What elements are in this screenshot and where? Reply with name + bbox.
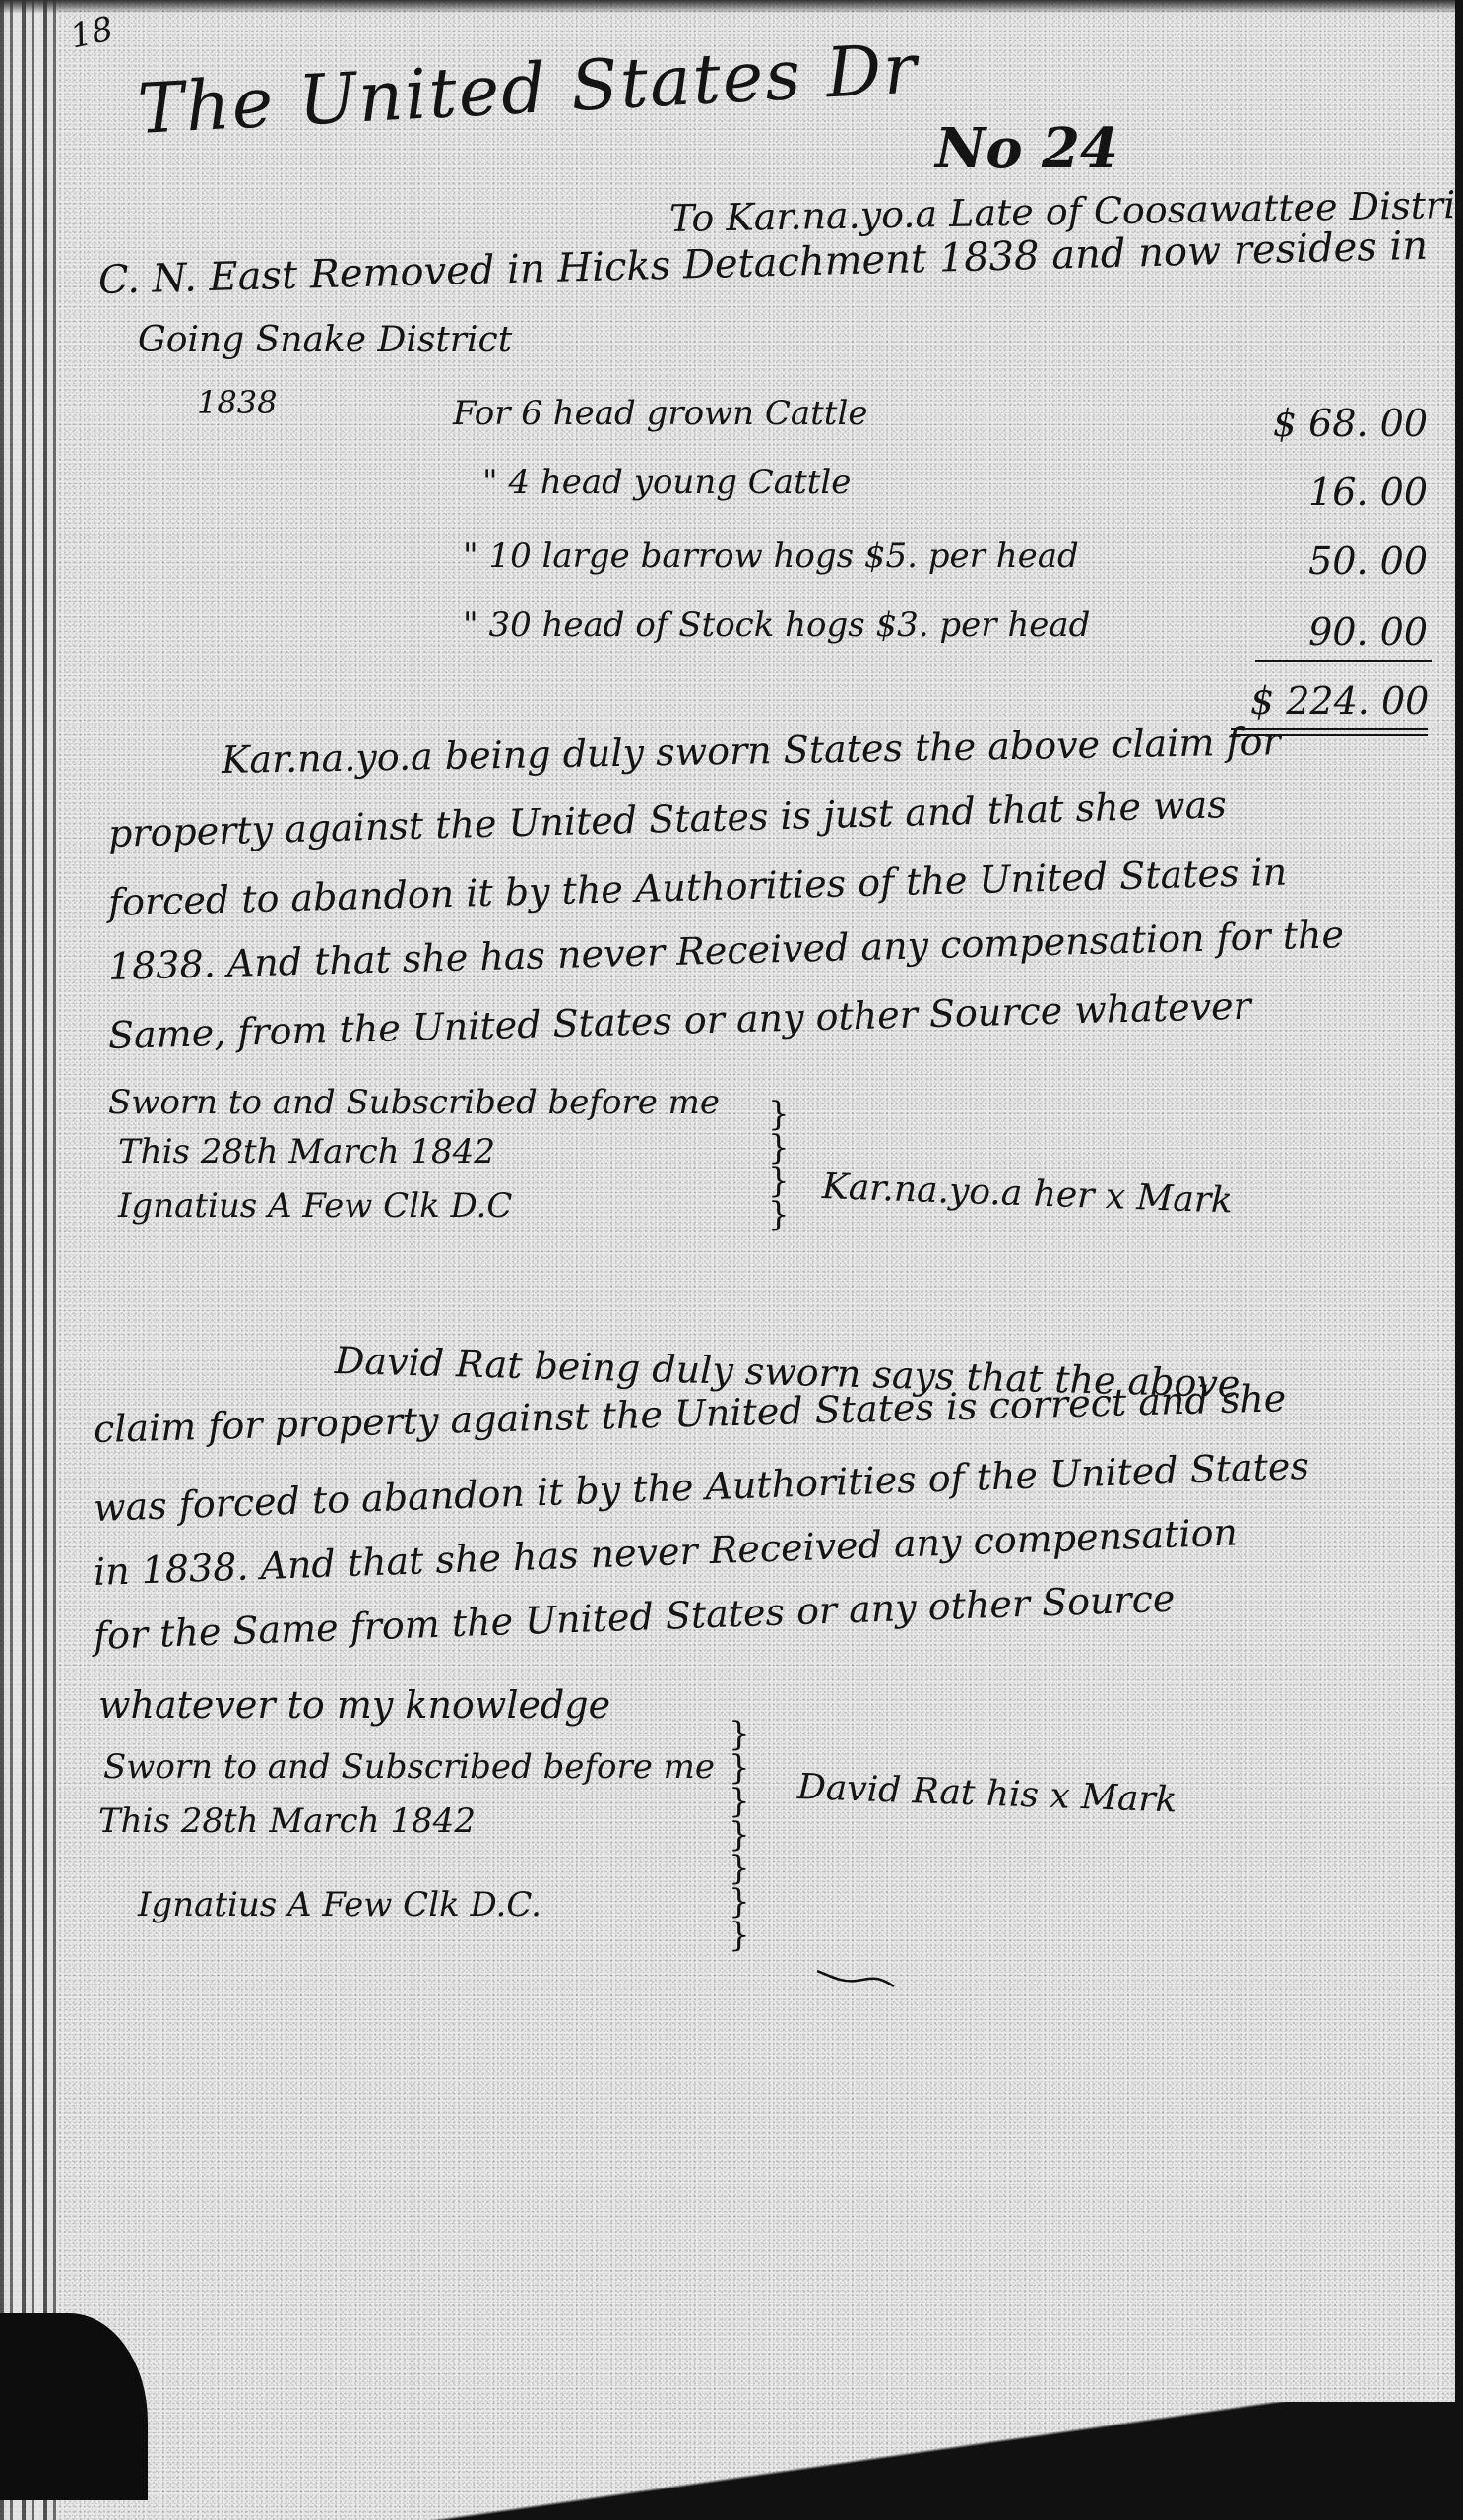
account-item-description: " 4 head young Cattle — [482, 463, 851, 502]
sum-rule — [1255, 660, 1432, 661]
affidavit-2-line: whatever to my knowledge — [98, 1683, 610, 1727]
account-item-amount: 90. 00 — [1250, 610, 1428, 654]
ledger-page: 18 The United States Dr No 24 To Kar.na.… — [0, 0, 1463, 2520]
bracket-symbol: }}}} — [768, 1098, 790, 1231]
affidavit-1-line: forced to abandon it by the Authorities … — [107, 850, 1287, 924]
affidavit-1-jurat-line: Sworn to and Subscribed before me — [108, 1083, 720, 1122]
affidavit-2-signature: David Rat his x Mark — [796, 1767, 1177, 1820]
affidavit-1-signature: Kar.na.yo.a her x Mark — [821, 1166, 1233, 1222]
account-item-amount: 16. 00 — [1250, 471, 1428, 514]
page-number: 18 — [67, 9, 117, 56]
affidavit-1-line: property against the United States is ju… — [107, 783, 1227, 855]
account-item-amount: $ 68. 00 — [1250, 402, 1428, 445]
header-line-3: Going Snake District — [138, 320, 512, 360]
ink-squiggle-mark — [817, 1969, 896, 1988]
affidavit-1-jurat-date: This 28th March 1842 — [118, 1132, 495, 1171]
affidavit-1-line: Kar.na.yo.a being duly sworn States the … — [222, 720, 1281, 782]
account-item-description: " 30 head of Stock hogs $3. per head — [463, 605, 1090, 645]
claim-number: No 24 — [935, 116, 1118, 181]
affidavit-1-line: Same, from the United States or any othe… — [107, 984, 1251, 1057]
account-item-description: " 10 large barrow hogs $5. per head — [463, 536, 1079, 576]
book-binding-edge — [0, 0, 59, 2520]
affidavit-2-jurat-line: Sworn to and Subscribed before me — [103, 1747, 715, 1787]
affidavit-1-line: 1838. And that she has never Received an… — [107, 913, 1344, 988]
right-page-edge — [1455, 0, 1463, 2520]
bottom-edge-shadow — [0, 2402, 1463, 2520]
document-title: The United States Dr — [136, 29, 921, 150]
account-item-description: For 6 head grown Cattle — [453, 394, 867, 433]
affidavit-2-clerk: Ignatius A Few Clk D.C. — [138, 1885, 541, 1924]
top-edge-shadow — [0, 0, 1463, 14]
bracket-symbol: }}}}}}} — [729, 1718, 750, 1952]
affidavit-1-clerk: Ignatius A Few Clk D.C — [118, 1186, 512, 1226]
account-year: 1838 — [197, 384, 277, 421]
affidavit-2-line: for the Same from the United States or a… — [93, 1577, 1176, 1658]
account-total: $ 224. 00 — [1250, 679, 1428, 723]
account-item-amount: 50. 00 — [1250, 539, 1428, 583]
affidavit-2-jurat-date: This 28th March 1842 — [98, 1801, 476, 1841]
